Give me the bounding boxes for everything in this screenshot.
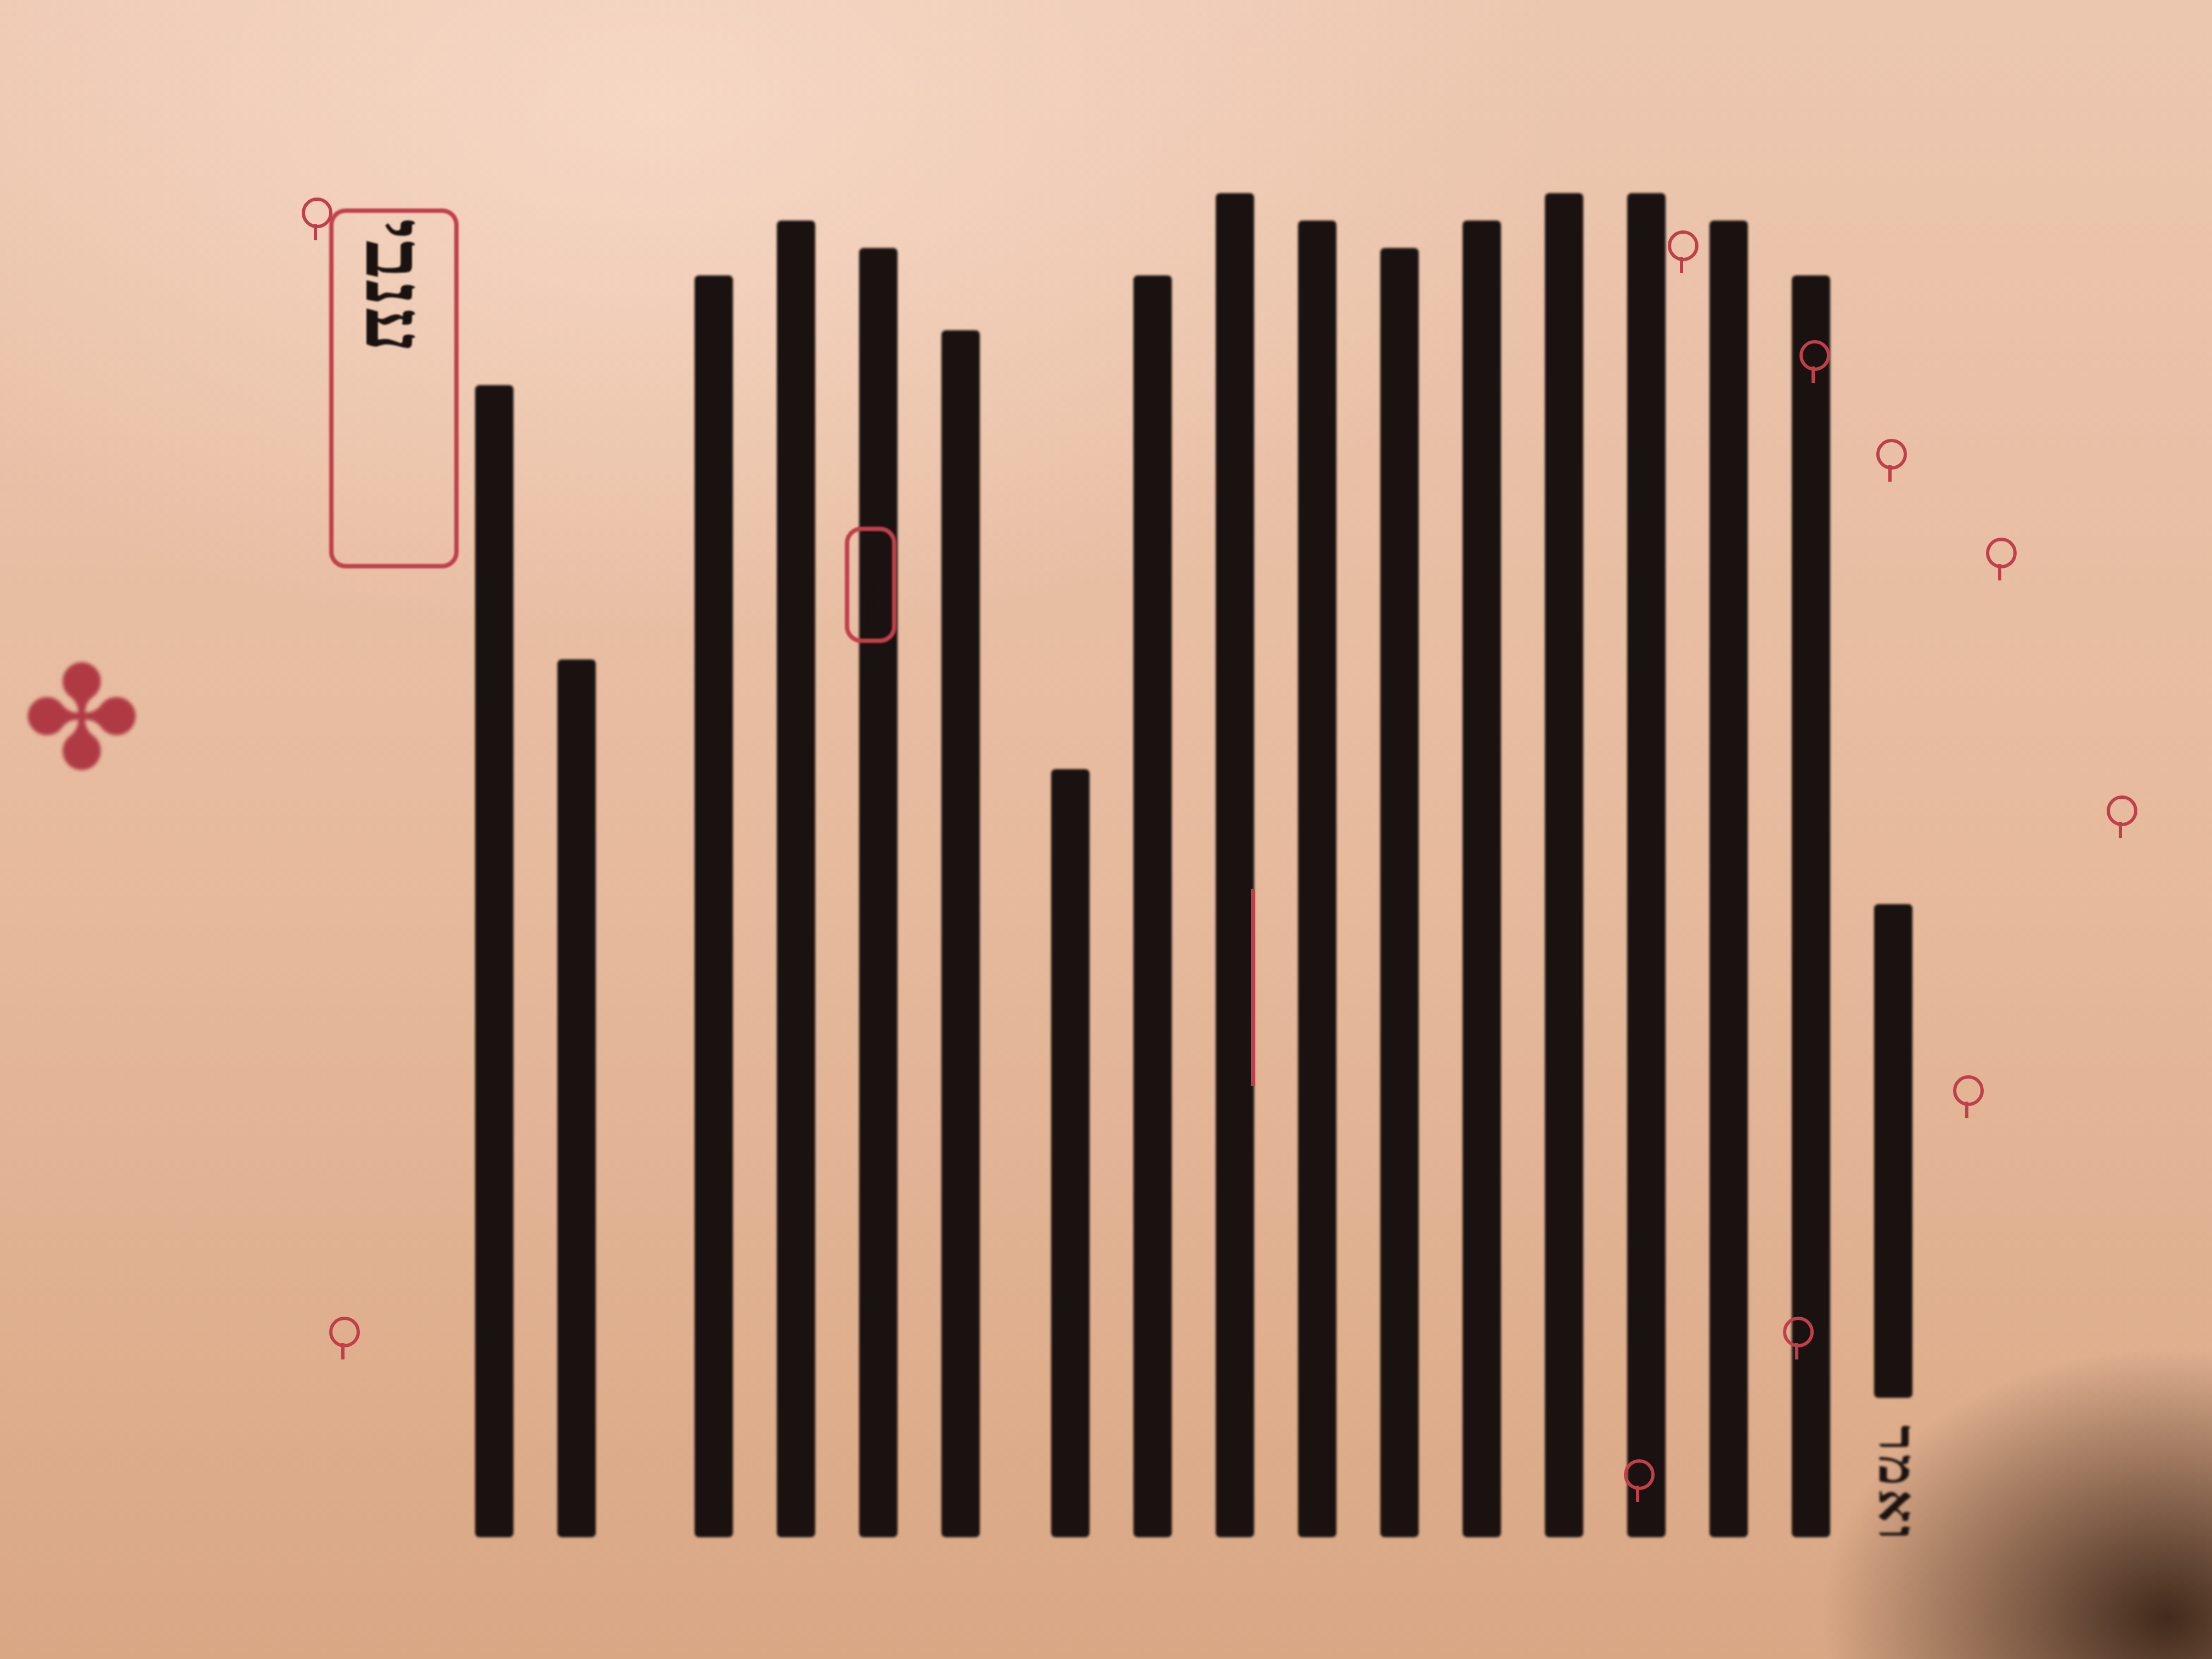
text-line xyxy=(464,116,530,1543)
margin-marker-icon xyxy=(1876,439,1907,470)
text-line xyxy=(546,116,612,1543)
margin-marker-icon xyxy=(1799,340,1830,371)
margin-marker-icon xyxy=(1624,1459,1655,1490)
manuscript-page: ואמר ן ענבי ✤ xyxy=(0,0,2212,1659)
text-line xyxy=(1122,116,1188,1543)
text-line xyxy=(930,116,996,1543)
red-underline xyxy=(1251,889,1255,1086)
text-line xyxy=(848,116,914,1543)
rubric-initial-word: ענבי xyxy=(329,208,459,568)
margin-marker-icon xyxy=(329,1317,360,1347)
heading-text: ואמר xyxy=(1867,1425,1929,1543)
text-line xyxy=(1699,116,1764,1543)
heading-line: ואמר xyxy=(1863,116,1929,1543)
text-line xyxy=(1287,116,1353,1543)
margin-marker-icon xyxy=(2107,795,2137,826)
text-line xyxy=(766,116,832,1543)
margin-marker-icon xyxy=(1986,538,2017,568)
text-line xyxy=(1369,116,1435,1543)
margin-marker-icon xyxy=(1953,1075,1984,1106)
rubric-initial: ן xyxy=(845,527,896,643)
decorative-flourish-icon: ✤ xyxy=(22,636,142,802)
text-line xyxy=(1040,116,1106,1543)
margin-marker-icon xyxy=(1783,1317,1814,1347)
rotated-text-block: ואמר xyxy=(283,116,1929,1543)
margin-marker-icon xyxy=(302,198,332,228)
margin-marker-icon xyxy=(1668,230,1699,261)
text-line xyxy=(1534,116,1600,1543)
text-line xyxy=(1205,116,1271,1543)
text-line xyxy=(684,116,749,1543)
text-line xyxy=(1616,116,1682,1543)
text-line xyxy=(1452,116,1517,1543)
